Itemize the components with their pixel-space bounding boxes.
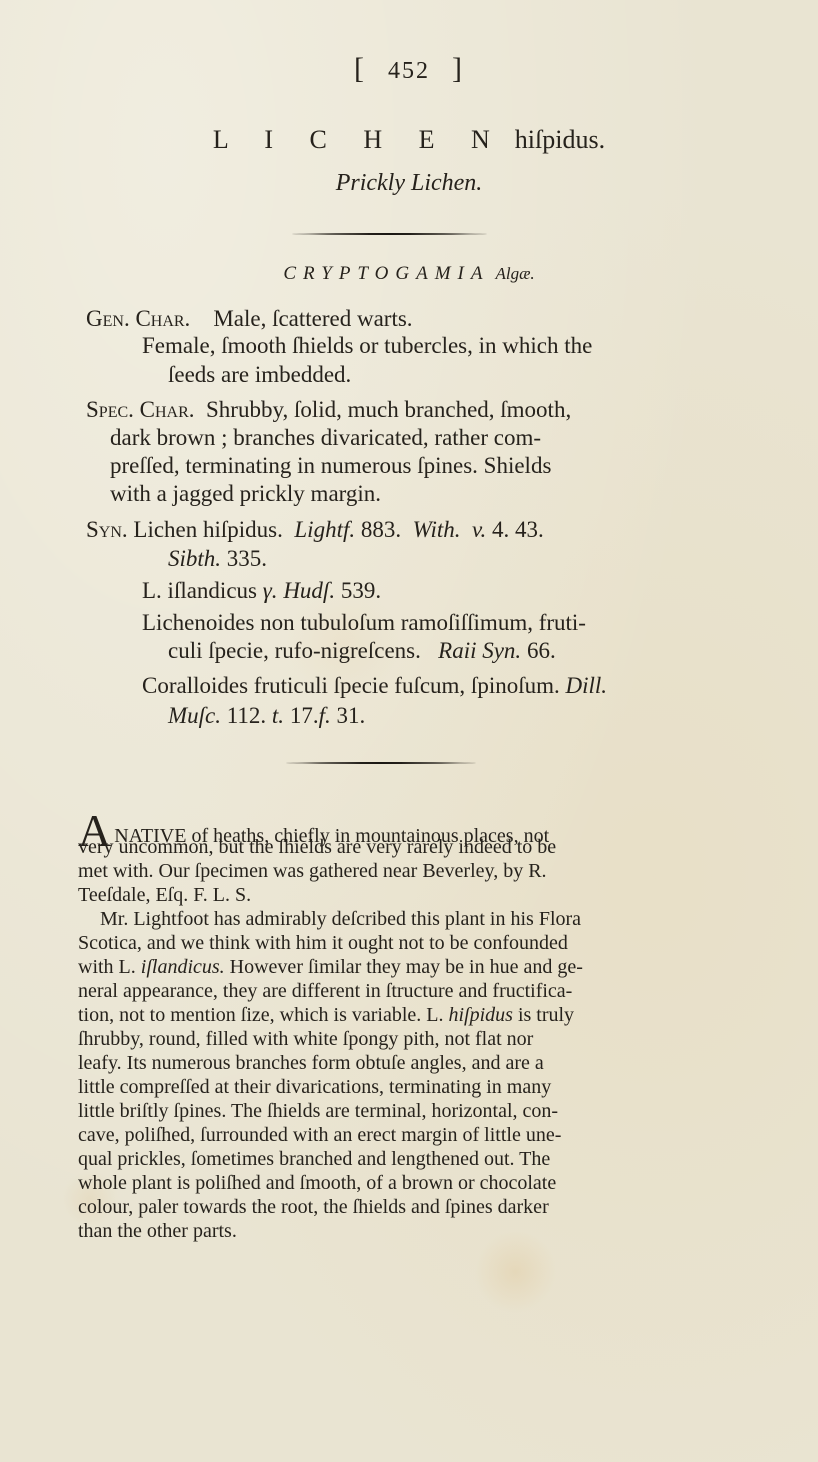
page-title: L I C H E Nhiſpidus. — [0, 125, 818, 155]
gen-char-label: Gen. Char. — [86, 306, 190, 331]
body-line: leafy. Its numerous branches form obtuſe… — [78, 1052, 544, 1075]
gen-char-line: ſeeds are imbedded. — [168, 362, 351, 388]
syn-num: 66. — [527, 638, 556, 663]
body-line: cave, poliſhed, ſurrounded with an erect… — [78, 1124, 561, 1147]
syn-num: 883. — [361, 517, 401, 542]
syn-text: Coralloides fruticuli ſpecie fuſcum, ſpi… — [142, 673, 560, 698]
decorative-rule — [286, 762, 476, 764]
syn-ref: Raii Syn. — [438, 638, 521, 663]
syn-ref: With. — [413, 517, 461, 542]
synonym-line: Lichenoides non tubuloſum ramoſiſſimum, … — [142, 610, 586, 636]
syn-label: Syn. — [86, 517, 128, 542]
spec-char-label: Spec. Char. — [86, 397, 195, 422]
body-line: colour, paler towards the root, the ſhie… — [78, 1196, 549, 1219]
body-line: ſhrubby, round, filled with white ſpongy… — [78, 1028, 533, 1051]
synonym-line: culi ſpecie, rufo-nigreſcens. Raii Syn. … — [168, 638, 556, 664]
body-line: with L. iſlandicus. However ſimilar they… — [78, 956, 583, 979]
syn-num: 335. — [227, 546, 267, 571]
syn-variety: γ. — [263, 578, 278, 603]
syn-ref: v. — [472, 517, 486, 542]
spec-char-line: dark brown ; branches divaricated, rathe… — [110, 425, 541, 451]
book-page: [452] L I C H E Nhiſpidus. Prickly Liche… — [0, 0, 818, 1462]
syn-ref: Sibth. — [168, 546, 221, 571]
body-line: Mr. Lightfoot has admirably deſcribed th… — [100, 908, 581, 931]
body-text: is truly — [518, 1004, 574, 1026]
syn-text: culi ſpecie, rufo-nigreſcens. — [168, 638, 421, 663]
spec-char-text: Shrubby, ſolid, much branched, ſmooth, — [206, 397, 571, 422]
page-number-value: 452 — [388, 58, 430, 84]
syn-ref: Lightf. — [294, 517, 355, 542]
syn-num: 31. — [336, 703, 365, 728]
syn-num: 17. — [290, 703, 319, 728]
syn-text: L. iſlandicus — [142, 578, 257, 603]
synonym-line: Muſc. 112. t. 17.f. 31. — [168, 703, 365, 729]
decorative-rule — [292, 233, 487, 235]
body-text: tion, not to mention ſize, which is vari… — [78, 1004, 443, 1026]
body-text: with L. — [78, 956, 136, 978]
common-name: Prickly Lichen. — [0, 170, 818, 197]
syn-ref: f. — [319, 703, 331, 728]
synonym-line: Syn. Lichen hiſpidus. Lightf. 883. With.… — [86, 517, 544, 543]
body-line: neral appearance, they are different in … — [78, 980, 572, 1003]
body-text-italic: iſlandicus. — [141, 956, 225, 978]
spec-char-line: preſſed, terminating in numerous ſpines.… — [110, 453, 551, 479]
synonym-line: Coralloides fruticuli ſpecie fuſcum, ſpi… — [142, 673, 607, 699]
body-text-italic: hiſpidus — [448, 1004, 512, 1026]
classification: CRYPTOGAMIAAlgæ. — [0, 263, 818, 285]
body-line: very uncommon, but the ſhields are very … — [78, 836, 556, 859]
syn-ref: Hudſ. — [283, 578, 335, 603]
order-name: Algæ. — [495, 264, 534, 283]
class-name: CRYPTOGAMIA — [283, 263, 489, 284]
bracket-open: [ — [354, 52, 366, 85]
gen-char-line: Gen. Char. Male, ſcattered warts. — [86, 306, 413, 332]
syn-ref: Dill. — [566, 673, 608, 698]
body-text: However ſimilar they may be in hue and g… — [230, 956, 583, 978]
body-line: qual prickles, ſometimes branched and le… — [78, 1148, 550, 1171]
synonym-line: Sibth. 335. — [168, 546, 267, 572]
body-line: than the other parts. — [78, 1220, 237, 1243]
syn-num: 4. 43. — [492, 517, 544, 542]
genus-name: L I C H E N — [213, 125, 505, 154]
body-line: whole plant is poliſhed and ſmooth, of a… — [78, 1172, 556, 1195]
body-line: Scotica, and we think with him it ought … — [78, 932, 568, 955]
body-line: little compreſſed at their divarications… — [78, 1076, 551, 1099]
spec-char-line: Spec. Char. Shrubby, ſolid, much branche… — [86, 397, 571, 423]
syn-num: 112. — [227, 703, 266, 728]
body-line: little briſtly ſpines. The ſhields are t… — [78, 1100, 558, 1123]
body-line: tion, not to mention ſize, which is vari… — [78, 1004, 574, 1027]
page-number: [452] — [0, 52, 818, 86]
syn-ref: t. — [272, 703, 284, 728]
syn-text: Lichen hiſpidus. — [133, 517, 282, 542]
gen-char-line: Female, ſmooth ſhields or tubercles, in … — [142, 333, 592, 359]
body-line: Teeſdale, Eſq. F. L. S. — [78, 884, 251, 907]
body-line: met with. Our ſpecimen was gathered near… — [78, 860, 547, 883]
syn-num: 539. — [341, 578, 381, 603]
synonym-line: L. iſlandicus γ. Hudſ. 539. — [142, 578, 381, 604]
spec-char-line: with a jagged prickly margin. — [110, 481, 381, 507]
species-name: hiſpidus. — [515, 125, 605, 154]
syn-ref: Muſc. — [168, 703, 221, 728]
bracket-close: ] — [452, 52, 464, 85]
gen-char-text: Male, ſcattered warts. — [213, 306, 412, 331]
